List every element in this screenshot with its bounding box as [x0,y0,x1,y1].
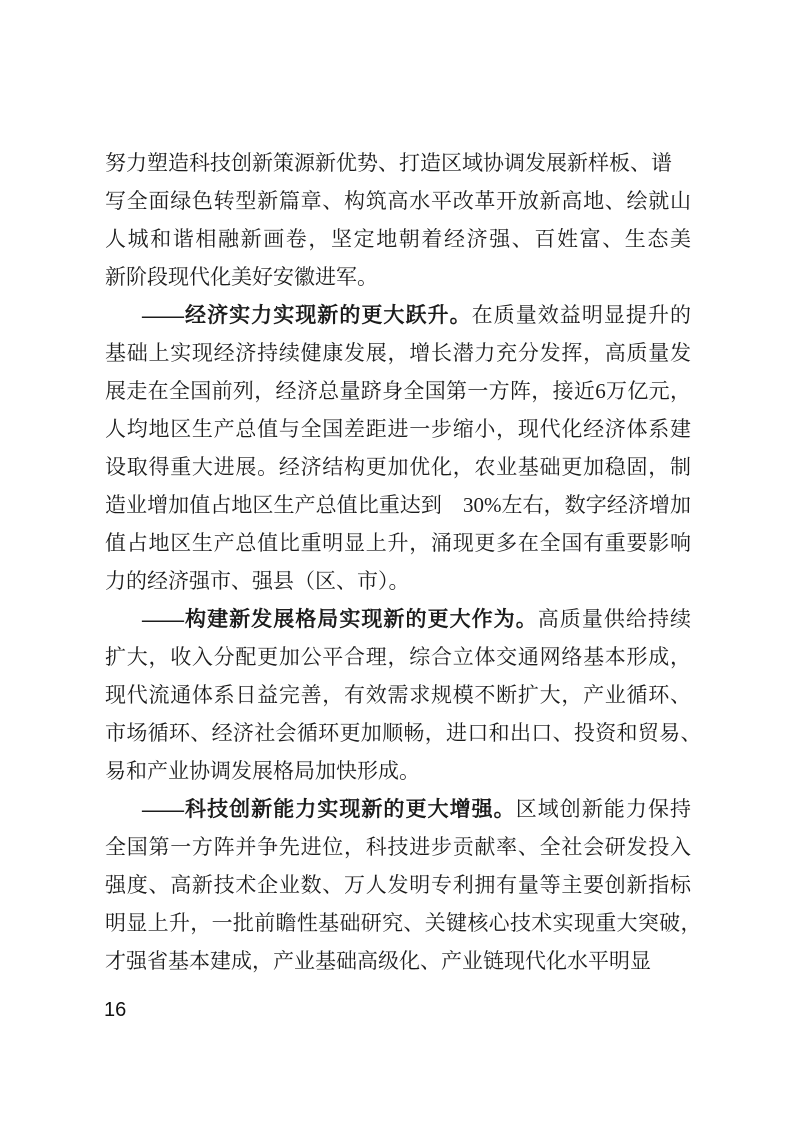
paragraph-2: ——经济实力实现新的更大跃升。在质量效益明显提升的 基础上实现经济持续健康发展，… [105,296,691,600]
text-line: 写全面绿色转型新篇章、构筑高水平改革开放新高地、绘就山 水 [105,182,691,220]
text-line: 人城和谐相融新画卷，坚定地朝着经济强、百姓富、生态美 的 [105,220,691,258]
text-line: 值占地区生产总值比重明显上升，涌现更多在全国有重要影响 [105,524,691,562]
text-block: 努力塑造科技创新策源新优势、打造区域协调发展新样板、谱 写全面绿色转型新篇章、构… [105,144,691,980]
paragraph-1: 努力塑造科技创新策源新优势、打造区域协调发展新样板、谱 写全面绿色转型新篇章、构… [105,144,691,296]
text-line: 造业增加值占地区生产总值比重达到 30%左右，数字经济增加 [105,486,691,524]
paragraph-4: ——科技创新能力实现新的更大增强。区域创新能力保持 全国第一方阵并争先进位，科技… [105,790,691,980]
page-number: 16 [104,998,126,1022]
paragraph-4-lead: ——科技创新能力实现新的更大增强。 [142,797,516,821]
text-line: 人均地区生产总值与全国差距进一步缩小，现代化经济体系建 [105,410,691,448]
paragraph-2-first-line: 在质量效益明显提升的 [472,303,691,327]
paragraph-3: ——构建新发展格局实现新的更大作为。高质量供给持续 扩大，收入分配更加公平合理，… [105,600,691,790]
text-line: ——科技创新能力实现新的更大增强。区域创新能力保持 [105,790,691,828]
text-line: ——经济实力实现新的更大跃升。在质量效益明显提升的 [105,296,691,334]
paragraph-4-first-line: 区域创新能力保持 [516,797,691,821]
text-line: 市场循环、经济社会循环更加顺畅，进口和出口、投资和贸易、 贸 [105,714,691,752]
text-line: 现代流通体系日益完善，有效需求规模不断扩大，产业循环、 [105,676,691,714]
text-line: 明显上升，一批前瞻性基础研究、关键核心技术实现重大突破， 人 [105,904,691,942]
text-line: 设取得重大进展。经济结构更加优化，农业基础更加稳固，制 [105,448,691,486]
text-line: 基础上实现经济持续健康发展，增长潜力充分发挥，高质量发 [105,334,691,372]
text-line: 新阶段现代化美好安徽进军。 [105,258,691,296]
text-line: 力的经济强市、强县（区、市）。 [105,562,691,600]
text-line: 展走在全国前列，经济总量跻身全国第一方阵，接近6万亿元， [105,372,691,410]
text-line: 才强省基本建成，产业基础高级化、产业链现代化水平明显 [105,942,691,980]
text-line: 努力塑造科技创新策源新优势、打造区域协调发展新样板、谱 [105,144,691,182]
paragraph-3-first-line: 高质量供给持续 [538,607,691,631]
text-line: 全国第一方阵并争先进位，科技进步贡献率、全社会研发投入 [105,828,691,866]
paragraph-1-first-line: 努力塑造科技创新策源新优势、打造区域协调发展新样板、谱 [105,151,672,175]
paragraph-2-lead: ——经济实力实现新的更大跃升。 [142,303,472,327]
document-page: 努力塑造科技创新策源新优势、打造区域协调发展新样板、谱 写全面绿色转型新篇章、构… [0,0,793,1122]
text-line: 强度、高新技术企业数、万人发明专利拥有量等主要创新指标 [105,866,691,904]
text-line: 扩大，收入分配更加公平合理，综合立体交通网络基本形成， [105,638,691,676]
text-line: ——构建新发展格局实现新的更大作为。高质量供给持续 [105,600,691,638]
paragraph-3-lead: ——构建新发展格局实现新的更大作为。 [142,607,538,631]
text-line: 易和产业协调发展格局加快形成。 [105,752,691,790]
